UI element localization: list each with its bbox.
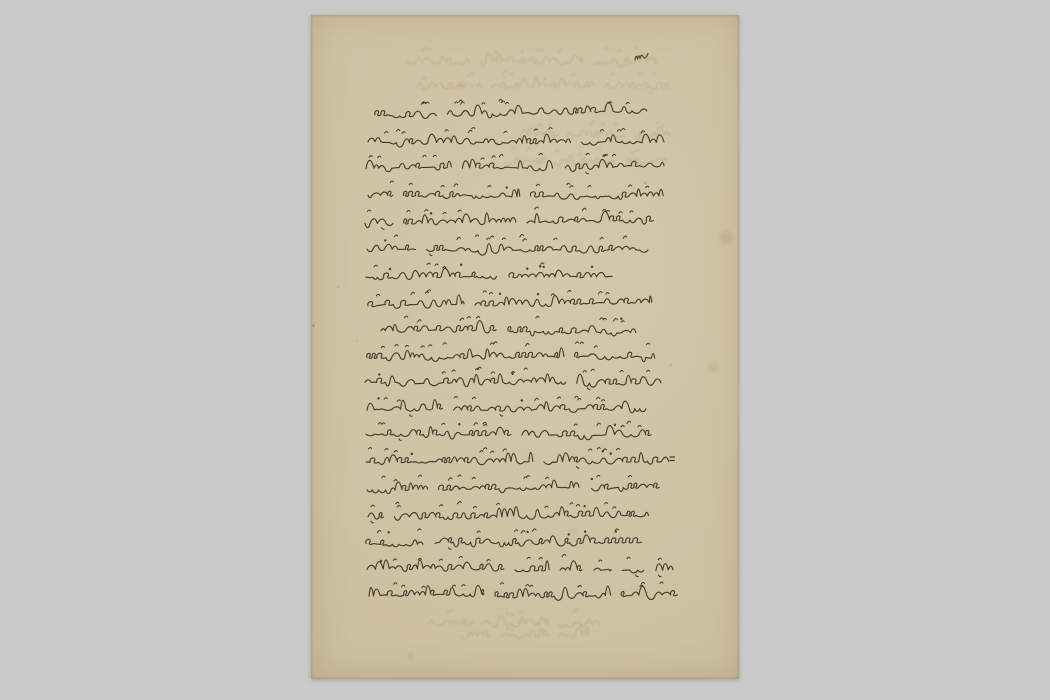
foxing-spot xyxy=(566,524,580,538)
handwritten-line xyxy=(360,145,674,178)
bleed-through-text xyxy=(515,114,681,146)
manuscript-page xyxy=(311,15,739,679)
bleed-through-text xyxy=(411,65,679,97)
handwritten-line xyxy=(360,520,652,553)
handwritten-line xyxy=(361,334,665,367)
handwritten-line xyxy=(375,309,647,342)
handwritten-line xyxy=(361,388,656,421)
handwritten-line xyxy=(363,574,689,607)
handwritten-line xyxy=(360,255,622,287)
handwritten-line xyxy=(361,227,659,261)
foxing-spot xyxy=(643,181,647,185)
handwritten-line xyxy=(362,173,673,206)
handwritten-line xyxy=(362,120,674,153)
foxing-spot xyxy=(337,286,339,288)
bleed-through-text xyxy=(500,141,676,173)
foxing-spot xyxy=(312,324,315,327)
page-number xyxy=(633,51,653,67)
scan-backdrop xyxy=(0,0,1050,700)
handwritten-line xyxy=(362,282,662,316)
foxing-spot xyxy=(406,651,416,661)
bleed-through-text xyxy=(401,40,667,72)
foxing-spot xyxy=(455,79,467,91)
handwritten-line xyxy=(362,495,659,528)
handwritten-line xyxy=(360,412,663,446)
handwritten-line xyxy=(360,440,679,472)
handwritten-line xyxy=(369,91,657,125)
foxing-spot xyxy=(705,359,721,375)
foxing-spot xyxy=(717,228,735,246)
foxing-spot xyxy=(356,340,358,342)
bleed-through-text xyxy=(455,614,599,646)
bleed-through-text xyxy=(423,602,611,634)
handwritten-line xyxy=(361,547,683,580)
foxing-spot xyxy=(669,363,673,367)
handwritten-line xyxy=(361,466,669,500)
handwritten-line xyxy=(359,201,663,234)
handwritten-line xyxy=(359,360,671,393)
